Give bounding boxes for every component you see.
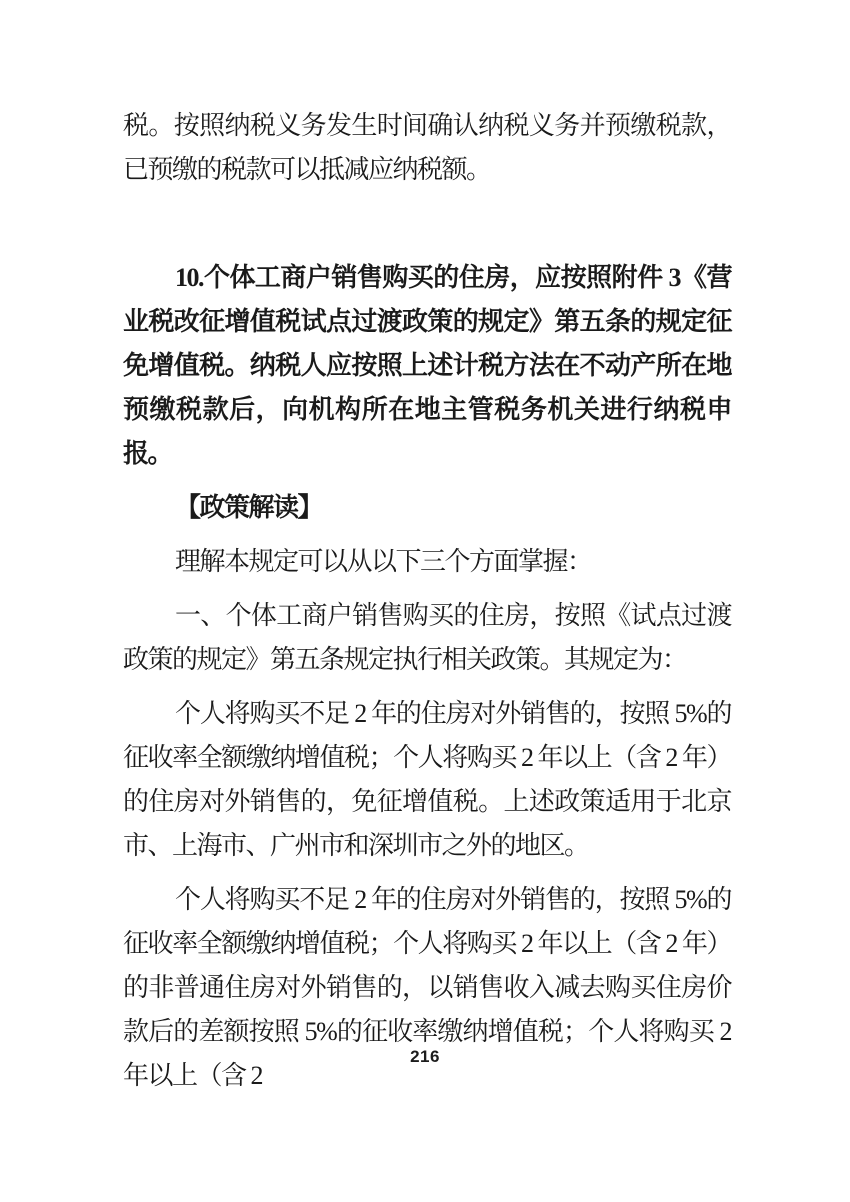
text-block: 税。按照纳税义务发生时间确认纳税义务并预缴税款，已预缴的税款可以抵减应纳税额。 … bbox=[123, 104, 731, 1108]
policy-interpretation-heading: 【政策解读】 bbox=[123, 486, 731, 530]
empty-line-spacer bbox=[123, 202, 731, 256]
document-page: 税。按照纳税义务发生时间确认纳税义务并预缴税款，已预缴的税款可以抵减应纳税额。 … bbox=[0, 0, 850, 1202]
paragraph-item-10: 10.个体工商户销售购买的住房，应按照附件 3《营业税改征增值税试点过渡政策的规… bbox=[123, 256, 731, 476]
page-number: 216 bbox=[0, 1047, 850, 1067]
paragraph-intro: 理解本规定可以从以下三个方面掌握： bbox=[123, 540, 731, 584]
paragraph-continuation: 税。按照纳税义务发生时间确认纳税义务并预缴税款，已预缴的税款可以抵减应纳税额。 bbox=[123, 104, 731, 192]
paragraph-rule-general: 个人将购买不足 2 年的住房对外销售的，按照 5%的征收率全额缴纳增值税；个人将… bbox=[123, 692, 731, 868]
paragraph-point-one: 一、个体工商户销售购买的住房，按照《试点过渡政策的规定》第五条规定执行相关政策。… bbox=[123, 594, 731, 682]
